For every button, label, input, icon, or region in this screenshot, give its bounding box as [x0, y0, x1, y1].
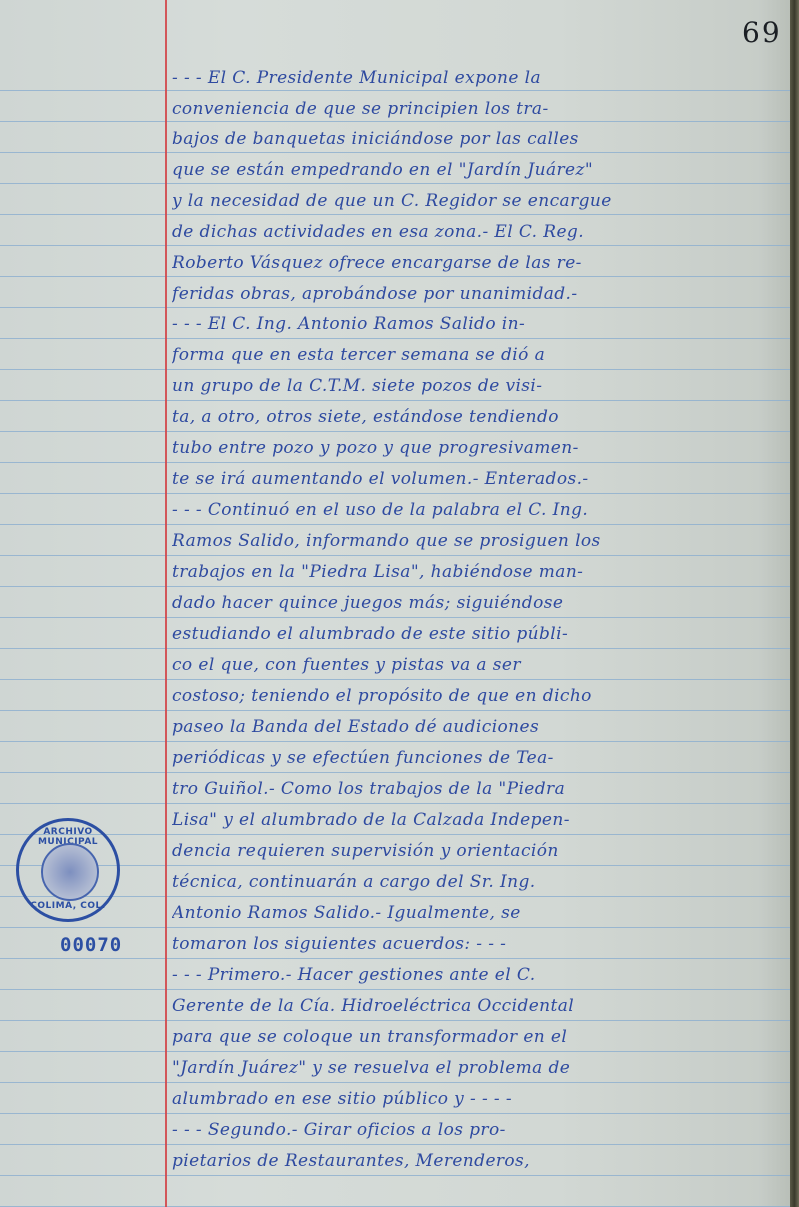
handwritten-line: ta, a otro, otros siete, estándose tendi… — [172, 402, 787, 432]
book-binding-edge — [790, 0, 799, 1207]
handwritten-line: técnica, continuarán a cargo del Sr. Ing… — [172, 867, 787, 897]
handwritten-line: pietarios de Restaurantes, Merenderos, — [172, 1146, 787, 1176]
handwritten-line: alumbrado en ese sitio público y - - - - — [172, 1084, 787, 1114]
page-number: 69 — [742, 16, 782, 49]
handwritten-line: tomaron los siguientes acuerdos: - - - — [172, 929, 787, 959]
handwritten-line: - - - El C. Ing. Antonio Ramos Salido in… — [172, 309, 787, 339]
handwritten-line: Lisa" y el alumbrado de la Calzada Indep… — [172, 805, 787, 835]
handwritten-line: - - - El C. Presidente Municipal expone … — [172, 63, 787, 93]
handwritten-line: trabajos en la "Piedra Lisa", habiéndose… — [172, 557, 787, 587]
handwritten-line: costoso; teniendo el propósito de que en… — [172, 681, 787, 711]
handwritten-line: - - - Segundo.- Girar oficios a los pro- — [172, 1115, 787, 1145]
handwritten-line: conveniencia de que se principien los tr… — [172, 94, 787, 124]
handwritten-line: que se están empedrando en el "Jardín Ju… — [172, 155, 787, 185]
handwritten-line: tubo entre pozo y pozo y que progresivam… — [172, 433, 787, 463]
handwritten-line: estudiando el alumbrado de este sitio pú… — [172, 619, 787, 649]
handwritten-line: - - - Primero.- Hacer gestiones ante el … — [172, 960, 787, 990]
handwritten-line: Ramos Salido, informando que se prosigue… — [172, 526, 787, 556]
handwritten-line: tro Guiñol.- Como los trabajos de la "Pi… — [172, 774, 787, 804]
folio-number: 00070 — [60, 934, 122, 956]
handwritten-line: - - - Continuó en el uso de la palabra e… — [172, 495, 787, 525]
handwritten-line: periódicas y se efectúen funciones de Te… — [172, 743, 787, 773]
handwritten-line: co el que, con fuentes y pistas va a ser — [172, 650, 787, 680]
archive-seal-stamp: ARCHIVO MUNICIPAL COLIMA, COL. — [16, 818, 120, 922]
stamp-bottom-text: COLIMA, COL. — [19, 901, 117, 911]
handwritten-line: un grupo de la C.T.M. siete pozos de vis… — [172, 371, 787, 401]
handwritten-line: forma que en esta tercer semana se dió a — [172, 340, 787, 370]
handwritten-line: y la necesidad de que un C. Regidor se e… — [172, 186, 787, 216]
handwritten-line: feridas obras, aprobándose por unanimida… — [172, 279, 787, 309]
handwritten-line: bajos de banquetas iniciándose por las c… — [172, 124, 787, 154]
red-margin-line — [165, 0, 167, 1207]
handwritten-line: Antonio Ramos Salido.- Igualmente, se — [172, 898, 787, 928]
handwritten-line: para que se coloque un transformador en … — [172, 1022, 787, 1052]
handwritten-line: dado hacer quince juegos más; siguiéndos… — [172, 588, 787, 618]
coat-of-arms-icon — [41, 843, 99, 901]
handwritten-line: Gerente de la Cía. Hidroeléctrica Occide… — [172, 991, 787, 1021]
handwritten-line: de dichas actividades en esa zona.- El C… — [172, 217, 787, 247]
handwritten-line: dencia requieren supervisión y orientaci… — [172, 836, 787, 866]
handwritten-line: paseo la Banda del Estado dé audiciones — [172, 712, 787, 742]
scanned-ledger-page: 69 - - - El C. Presidente Municipal expo… — [0, 0, 790, 1207]
handwritten-line: Roberto Vásquez ofrece encargarse de las… — [172, 248, 787, 278]
handwritten-line: te se irá aumentando el volumen.- Entera… — [172, 464, 787, 494]
handwritten-line: "Jardín Juárez" y se resuelva el problem… — [172, 1053, 787, 1083]
